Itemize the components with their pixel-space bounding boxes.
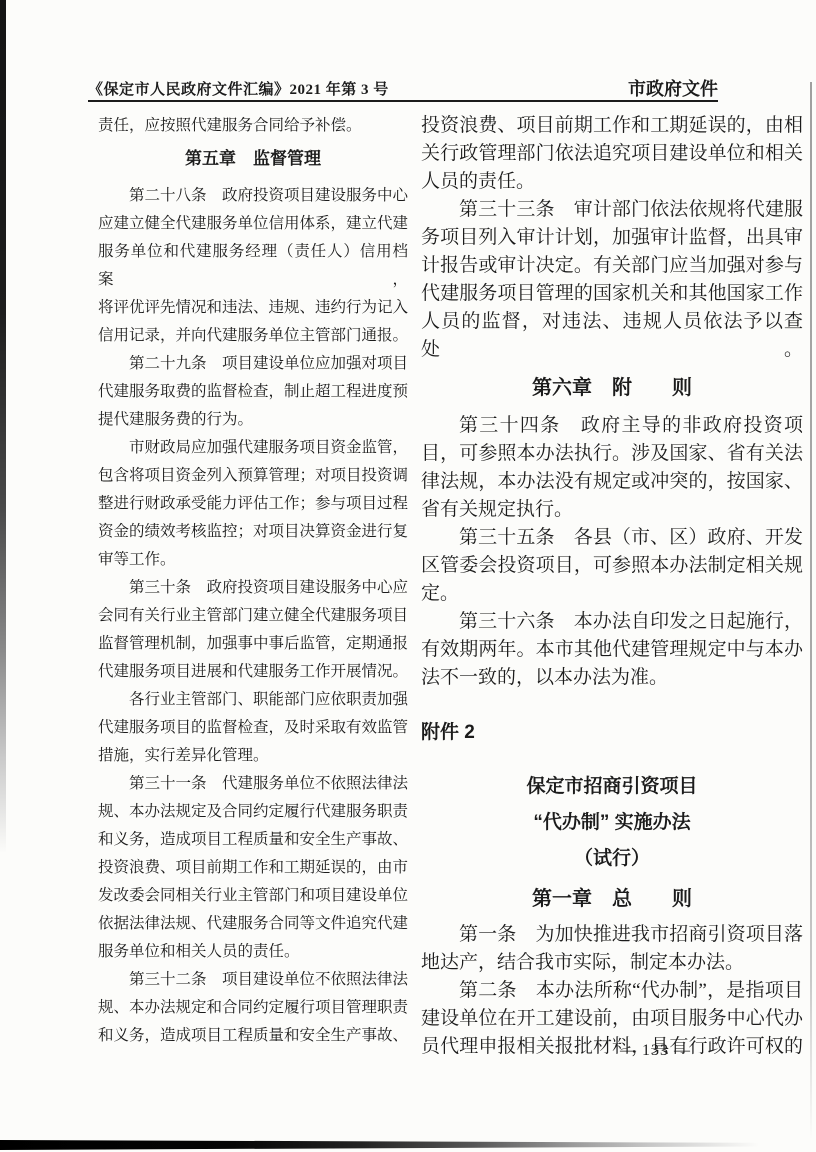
text-line: 第二十九条 项目建设单位应加强对项目 xyxy=(98,350,408,378)
text-line: 第一章 总 则 xyxy=(421,885,803,913)
text-line: 务项目列入审计计划，加强审计监督，出具审 xyxy=(421,224,803,252)
left-column: 责任，应按照代建服务合同给予补偿。第五章 监督管理第二十八条 政府投资项目建设服… xyxy=(98,112,408,1050)
text-line: 保定市招商引资项目 xyxy=(421,769,803,805)
text-line: 发改委会同相关行业主管部门和项目建设单位 xyxy=(98,882,408,910)
text-line: 服务单位和相关人员的责任。 xyxy=(98,938,408,966)
text-line: 和义务，造成项目工程质量和安全生产事故、 xyxy=(98,826,408,854)
text-line: 规、本办法规定及合同约定履行代建服务职责 xyxy=(98,798,408,826)
text-line: 第三十六条 本办法自印发之日起施行， xyxy=(421,608,803,636)
text-line: 提代建服务费的行为。 xyxy=(98,406,408,434)
text-line: 措施，实行差异化管理。 xyxy=(98,742,408,770)
text-line: 代建服务项目进展和代建服务工作开展情况。 xyxy=(98,658,408,686)
text-line: 有效期两年。本市其他代建管理规定中与本办 xyxy=(421,636,803,664)
text-line: 和义务，造成项目工程质量和安全生产事故、 xyxy=(98,1022,408,1050)
text-line: 人员的监督，对违法、违规人员依法予以查处。 xyxy=(421,308,803,364)
text-line: 规、本办法规定和合同约定履行项目管理职责 xyxy=(98,994,408,1022)
text-line: 第三十二条 项目建设单位不依照法律法 xyxy=(98,966,408,994)
text-line: 各行业主管部门、职能部门应依职责加强 xyxy=(98,686,408,714)
text-line: 投资浪费、项目前期工作和工期延误的，由相 xyxy=(421,112,803,140)
volume-header: 《保定市人民政府文件汇编》2021 年第 3 号 xyxy=(88,78,389,99)
text-line: 第三十一条 代建服务单位不依照法律法 xyxy=(98,770,408,798)
text-line: 依据法律法规、代建服务合同等文件追究代建 xyxy=(98,910,408,938)
text-line: 监督管理机制，加强事中事后监管，定期通报 xyxy=(98,630,408,658)
scan-edge-right xyxy=(810,82,812,1140)
doc-type-header: 市政府文件 xyxy=(628,75,718,101)
text-line: 第五章 监督管理 xyxy=(98,145,408,173)
text-line: 服务单位和代建服务经理（责任人）信用档案， xyxy=(98,238,408,294)
text-line: 将评优评先情况和违法、违规、违约行为记入 xyxy=(98,294,408,322)
text-line: 资金的绩效考核监控；对项目决算资金进行复 xyxy=(98,518,408,546)
text-line: 第六章 附 则 xyxy=(421,374,803,402)
text-line: 附件 2 xyxy=(421,719,803,747)
text-line: 地达产，结合我市实际，制定本办法。 xyxy=(421,949,803,977)
text-line: 建设单位在开工建设前，由项目服务中心代办 xyxy=(421,1005,803,1033)
text-line: 关行政管理部门依法追究项目建设单位和相关 xyxy=(421,140,803,168)
scan-edge-left xyxy=(0,0,6,880)
text-line: （试行） xyxy=(421,841,803,877)
text-line: 第二十八条 政府投资项目建设服务中心 xyxy=(98,182,408,210)
page-number: — 133 — xyxy=(620,1042,691,1060)
text-line: 人员的责任。 xyxy=(421,168,803,196)
scan-edge-bottom xyxy=(0,1140,816,1150)
text-line: “代办制” 实施办法 xyxy=(421,805,803,841)
text-line: 代建服务项目的监督检查，及时采取有效监管 xyxy=(98,714,408,742)
text-line: 目，可参照本办法执行。涉及国家、省有关法 xyxy=(421,440,803,468)
text-line: 法不一致的，以本办法为准。 xyxy=(421,664,803,692)
text-line: 第三十五条 各县（市、区）政府、开发 xyxy=(421,524,803,552)
text-line: 员代理申报相关报批材料，具有行政许可权的 xyxy=(421,1033,803,1061)
text-line: 第三十条 政府投资项目建设服务中心应 xyxy=(98,574,408,602)
text-line: 第二条 本办法所称“代办制”，是指项目 xyxy=(421,977,803,1005)
text-line: 整进行财政承受能力评估工作；参与项目过程 xyxy=(98,490,408,518)
text-line: 第一条 为加快推进我市招商引资项目落 xyxy=(421,921,803,949)
text-line: 市财政局应加强代建服务项目资金监管， xyxy=(98,434,408,462)
text-line: 区管委会投资项目，可参照本办法制定相关规 xyxy=(421,552,803,580)
text-line: 应建立健全代建服务单位信用体系，建立代建 xyxy=(98,210,408,238)
text-line: 律法规，本办法没有规定或冲突的，按国家、 xyxy=(421,468,803,496)
text-line: 责任，应按照代建服务合同给予补偿。 xyxy=(98,112,408,140)
right-column: 投资浪费、项目前期工作和工期延误的，由相关行政管理部门依法追究项目建设单位和相关… xyxy=(421,112,803,1061)
text-line: 信用记录，并向代建服务单位主管部门通报。 xyxy=(98,322,408,350)
text-line: 包含将项目资金列入预算管理；对项目投资调 xyxy=(98,462,408,490)
text-line: 第三十三条 审计部门依法依规将代建服 xyxy=(421,196,803,224)
text-line: 省有关规定执行。 xyxy=(421,496,803,524)
scanned-page: 《保定市人民政府文件汇编》2021 年第 3 号 市政府文件 责任，应按照代建服… xyxy=(0,0,816,1152)
text-line: 代建服务取费的监督检查，制止超工程进度预 xyxy=(98,378,408,406)
text-line: 会同有关行业主管部门建立健全代建服务项目 xyxy=(98,602,408,630)
header-rule xyxy=(88,100,718,102)
text-line: 代建服务项目管理的国家机关和其他国家工作 xyxy=(421,280,803,308)
text-line: 定。 xyxy=(421,580,803,608)
text-line: 审等工作。 xyxy=(98,546,408,574)
text-line: 第三十四条 政府主导的非政府投资项 xyxy=(421,412,803,440)
text-line: 计报告或审计决定。有关部门应当加强对参与 xyxy=(421,252,803,280)
text-line: 投资浪费、项目前期工作和工期延误的，由市 xyxy=(98,854,408,882)
